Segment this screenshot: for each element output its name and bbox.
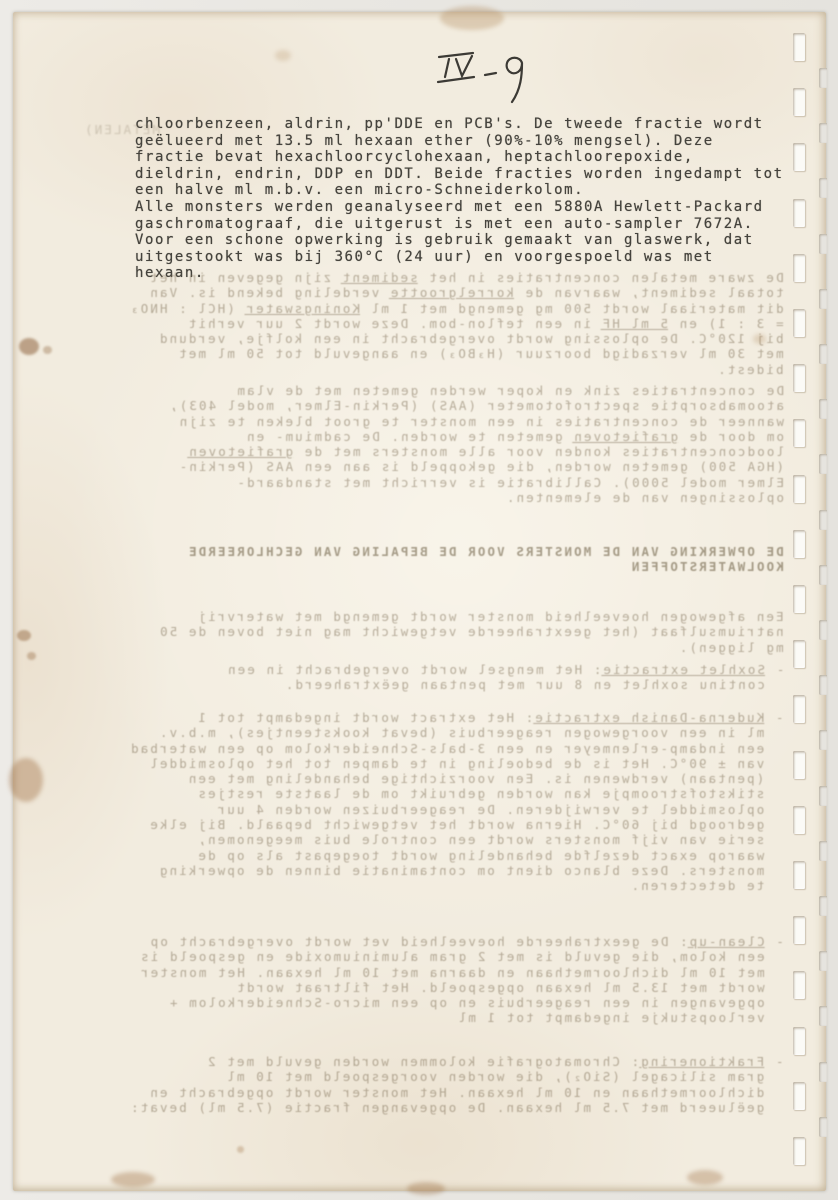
text-line: Een afgewogen hoeveelheid monster wordt … xyxy=(158,609,784,624)
handwriting-strokes xyxy=(423,46,543,116)
text-line: waarop exact dezelfde behandeling wordt … xyxy=(129,848,784,863)
binding-hole xyxy=(793,143,805,171)
text-line: stikstofstroompje kan worden gebruikt om… xyxy=(129,786,784,801)
edge-notch xyxy=(819,68,827,88)
text-line: dichloormethaan en 10 ml hexaan. Het mon… xyxy=(129,1085,784,1100)
text-line: een halve ml m.b.v. een micro-Schneiderk… xyxy=(135,182,820,199)
text-line: mg liggen). xyxy=(158,640,784,655)
edge-notch xyxy=(819,344,827,364)
text-line: - Kuderna-Danish extractie: Het extract … xyxy=(129,710,784,725)
binding-hole xyxy=(793,88,805,116)
stain xyxy=(275,50,291,61)
typed-paragraphs: chloorbenzeen, aldrin, pp'DDE en PCB's. … xyxy=(135,116,820,282)
text-line: natriumsulfaat (het geextraheerde vetgew… xyxy=(158,624,784,639)
edge-notch xyxy=(819,178,827,198)
text-line: met 10 ml dichloormethaan en daarna met … xyxy=(139,965,784,980)
edge-notch xyxy=(819,510,827,530)
text-line: totaal sediment, waarvan de korrelgroott… xyxy=(129,285,784,300)
binding-hole xyxy=(793,33,805,61)
edge-notch xyxy=(819,675,827,695)
binding-hole xyxy=(793,199,805,227)
binding-hole xyxy=(793,364,805,392)
binding-hole xyxy=(793,751,805,779)
edge-notch xyxy=(819,951,827,971)
text-line: uitgestookt was bij 360°C (24 uur) en vo… xyxy=(135,249,820,266)
edge-notch xyxy=(819,1117,827,1137)
stain xyxy=(687,1170,723,1185)
stain xyxy=(9,758,43,802)
stain xyxy=(753,334,766,344)
paper-sheet: IV - 9 chloorbenzeen, aldrin, pp'DDE en … xyxy=(13,12,826,1191)
stain xyxy=(440,6,504,30)
text-line: oplosmiddel te verwijderen. De reageerbu… xyxy=(129,802,784,817)
text-line: Elmer model 5000). Callibratie is verric… xyxy=(168,475,784,490)
binding-hole xyxy=(793,916,805,944)
ghost-paragraph-kuderna-danish: - Kuderna-Danish extractie: Het extract … xyxy=(129,710,784,894)
text-line: chloorbenzeen, aldrin, pp'DDE en PCB's. … xyxy=(135,116,820,133)
text-line: opgevangen in een reageerbuis en op een … xyxy=(139,995,784,1010)
dash-and-digit-9 xyxy=(485,58,522,102)
binding-hole xyxy=(793,861,805,889)
edge-notch xyxy=(819,1062,827,1082)
text-line: wordt met 13.5 ml hexaan opgespoeld. Het… xyxy=(139,980,784,995)
binding-hole xyxy=(793,530,805,558)
edge-notch xyxy=(819,399,827,419)
text-line: - Fraktionering: Chromatografie kolommen… xyxy=(129,1054,784,1069)
text-line: monsters. Deze blanco dient om contamina… xyxy=(129,863,784,878)
edge-notch xyxy=(819,234,827,254)
ghost-paragraph-metals-digestion: De zware metalen concentraties in het se… xyxy=(129,270,784,377)
text-line: gram silicagel (SiO₂), die worden voorge… xyxy=(129,1069,784,1084)
text-line: een indamp-erlenmeyer en een 3-bals-Schn… xyxy=(129,741,784,756)
binding-hole xyxy=(793,419,805,447)
binding-hole xyxy=(793,475,805,503)
text-line: te detecteren. xyxy=(129,878,784,893)
stain xyxy=(43,346,52,354)
text-line: DE OPWERKING VAN DE MONSTERS VOOR DE BEP… xyxy=(187,544,784,559)
binding-hole xyxy=(793,585,805,613)
edge-notch xyxy=(819,454,827,474)
binding-hole xyxy=(793,971,805,999)
stain xyxy=(17,630,31,641)
text-line: Voor een schone opwerking is gebruik gem… xyxy=(135,232,820,249)
ghost-paragraph-clean-up: - Clean-up: De geextraheerde hoeveelheid… xyxy=(139,934,784,1026)
text-line: dieldrin, endrin, DDP en DDT. Beide frac… xyxy=(135,166,820,183)
text-line: verloopstukje ingedampt tot 1 ml xyxy=(139,1010,784,1025)
edge-notch xyxy=(819,896,827,916)
text-line: gaschromatograaf, die uitgerust is met e… xyxy=(135,216,820,233)
text-line: bij 120°C. De oplossing wordt overgebrac… xyxy=(129,331,784,346)
scanned-document: { "page_label": { "roman": "IV", "separa… xyxy=(0,0,838,1200)
text-line: - Clean-up: De geextraheerde hoeveelheid… xyxy=(139,934,784,949)
edge-notch xyxy=(819,841,827,861)
text-line: geëlueerd met 7.5 ml hexaan. De opgevang… xyxy=(129,1100,784,1115)
binding-hole xyxy=(793,1137,805,1165)
text-line: oplossingen van de elementen. xyxy=(168,490,784,505)
binding-hole xyxy=(793,254,805,282)
binding-hole xyxy=(793,1082,805,1110)
ghost-paragraph-aas-measurement: De concentraties zink en koper werden ge… xyxy=(168,383,784,505)
text-line: (HGA 500) gemeten worden, die gekoppeld … xyxy=(168,459,784,474)
binding-hole xyxy=(793,640,805,668)
roman-numeral-IV xyxy=(438,53,474,82)
text-line: De zware metalen concentraties in het se… xyxy=(129,270,784,285)
edge-notch xyxy=(819,730,827,750)
text-line: atoomabsorptie spectrofotometer (AAS) (P… xyxy=(168,398,784,413)
binding-hole xyxy=(793,1027,805,1055)
text-line: dit materiaal wordt 500 mg gemengd met 1… xyxy=(129,301,784,316)
edge-notch xyxy=(819,786,827,806)
text-line: van ± 90°C. Het is de bedoeling in te da… xyxy=(129,756,784,771)
text-line: een kolom, die gevuld is met 2 gram alum… xyxy=(139,949,784,964)
edge-notch xyxy=(819,620,827,640)
text-line: met 30 ml verzadigd boorzuur (H₃BO₃) en … xyxy=(129,346,784,361)
text-line: serie van vijf monsters wordt een contro… xyxy=(129,832,784,847)
edge-notch xyxy=(819,565,827,585)
edge-notch xyxy=(819,289,827,309)
text-line: om door de grafietoven gemeten te worden… xyxy=(168,429,784,444)
text-line: wanneer de concentraties in een monster … xyxy=(168,414,784,429)
ghost-paragraph-soxhlet: - Soxhlet extractie: Het mengsel wordt o… xyxy=(226,662,784,693)
text-line: KOOLWATERSTOFFEN xyxy=(187,559,784,574)
text-line: = 3 : 1) en 5 ml HF in een teflon-bom. D… xyxy=(129,316,784,331)
text-line: geëlueerd met 13.5 ml hexaan ether (90%-… xyxy=(135,133,820,150)
text-line: bidest. xyxy=(129,362,784,377)
text-line: De concentraties zink en koper werden ge… xyxy=(168,383,784,398)
handwritten-page-number: IV - 9 xyxy=(423,46,543,116)
text-line: - Soxhlet extractie: Het mengsel wordt o… xyxy=(226,662,784,677)
edge-notch xyxy=(819,123,827,143)
ghost-fragment-metalen: METALEN) xyxy=(83,122,160,137)
stain xyxy=(237,1146,244,1153)
binding-hole xyxy=(793,806,805,834)
text-line: (pentaan) verdwenen is. Een voorzichtige… xyxy=(129,771,784,786)
text-line: fractie bevat hexachloorcyclohexaan, hep… xyxy=(135,149,820,166)
text-line: METALEN) xyxy=(83,122,160,137)
ghost-section-heading: DE OPWERKING VAN DE MONSTERS VOOR DE BEP… xyxy=(187,544,784,575)
text-line: continu soxhlet en 8 uur met pentaan geë… xyxy=(226,677,784,692)
binding-hole xyxy=(793,309,805,337)
ghost-paragraph-fractionation: - Fraktionering: Chromatografie kolommen… xyxy=(129,1054,784,1115)
text-line: gedroogd bij 60°C. Hierna wordt het vetg… xyxy=(129,817,784,832)
text-line: ml in een voorgewogen reageerbuis (bevat… xyxy=(129,725,784,740)
edge-notch xyxy=(819,1006,827,1026)
stain xyxy=(407,1182,445,1195)
text-line: loodconcentraties konden voor alle monst… xyxy=(168,444,784,459)
binding-hole xyxy=(793,695,805,723)
ghost-paragraph-sample-prep: Een afgewogen hoeveelheid monster wordt … xyxy=(158,609,784,655)
stain xyxy=(19,338,39,355)
stain xyxy=(27,652,36,660)
stain xyxy=(111,1172,155,1187)
text-line: Alle monsters werden geanalyseerd met ee… xyxy=(135,199,820,216)
